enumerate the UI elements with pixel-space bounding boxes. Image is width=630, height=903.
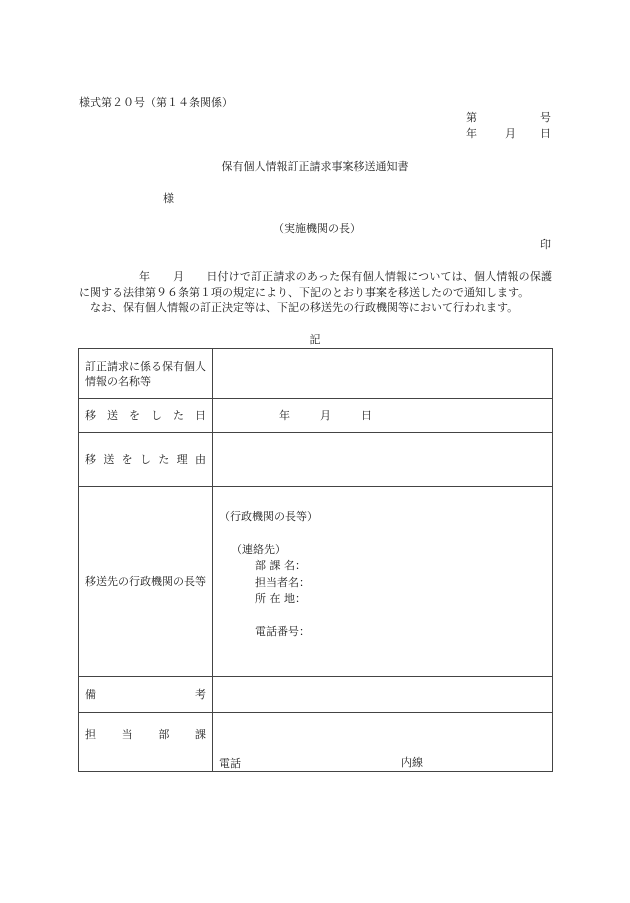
table-row: 訂正請求に係る保有個人情報の名称等: [79, 349, 553, 399]
label-char: 移: [85, 452, 96, 467]
label-char: 日: [195, 408, 206, 423]
seal-mark: 印: [540, 238, 551, 252]
doc-no-suffix: 号: [540, 111, 551, 125]
value-department-in-charge[interactable]: 電話 内線: [213, 713, 553, 772]
value-destination-agency[interactable]: （行政機関の長等） （連絡先） 部 課 名： 担当者名： 所 在 地： 電話番号…: [213, 487, 553, 677]
document-title: 保有個人情報訂正請求事案移送通知書: [0, 160, 630, 174]
value-info-name[interactable]: [213, 349, 553, 399]
table-row: 担 当 部 課 電話 内線: [79, 713, 553, 772]
label-char: 送: [103, 452, 114, 467]
body-paragraph-1: 年月日付けで訂正請求のあった保有個人情報については、個人情報の保護に関する法律第…: [79, 269, 552, 300]
contact-header: （連絡先）: [219, 542, 546, 559]
value-transfer-reason[interactable]: [213, 433, 553, 487]
contact-address: 所 在 地：: [219, 591, 546, 608]
body-date-month: 月: [150, 270, 184, 283]
body-text: 年月日付けで訂正請求のあった保有個人情報については、個人情報の保護に関する法律第…: [79, 269, 552, 316]
label-char: 部: [158, 727, 169, 742]
transfer-date-year: 年: [279, 409, 290, 422]
label-char: 由: [195, 452, 206, 467]
label-char: を: [122, 452, 133, 467]
label-remarks: 備 考: [79, 677, 213, 713]
body-date-year: 年: [79, 270, 150, 283]
label-char: し: [140, 452, 151, 467]
contact-department: 部 課 名：: [219, 558, 546, 575]
addressee: 様: [163, 192, 174, 206]
label-char: を: [129, 408, 140, 423]
value-remarks[interactable]: [213, 677, 553, 713]
issue-date-month: 月: [505, 127, 516, 141]
extension-label: 内線: [401, 755, 423, 770]
phone-label: 電話: [219, 757, 241, 770]
transfer-details-table: 訂正請求に係る保有個人情報の名称等 移 送 を し た 日 年月日 移 送 を …: [78, 348, 553, 772]
label-char: 当: [122, 727, 133, 742]
label-char: し: [151, 408, 162, 423]
label-transfer-date: 移 送 を し た 日: [79, 399, 213, 433]
label-department-in-charge: 担 当 部 課: [79, 713, 213, 772]
issue-date-year: 年: [466, 127, 477, 141]
label-char: た: [158, 452, 169, 467]
label-char: 担: [85, 727, 96, 742]
label-char: 理: [177, 452, 188, 467]
doc-no-prefix: 第: [466, 111, 477, 125]
label-transfer-reason: 移 送 を し た 理 由: [79, 433, 213, 487]
value-transfer-date[interactable]: 年月日: [213, 399, 553, 433]
transfer-date-month: 月: [320, 409, 331, 422]
sender: （実施機関の長）: [273, 222, 361, 236]
ki-heading: 記: [0, 333, 630, 347]
transfer-date-day: 日: [361, 409, 372, 422]
label-char: た: [173, 408, 184, 423]
table-row: 移送先の行政機関の長等 （行政機関の長等） （連絡先） 部 課 名： 担当者名：…: [79, 487, 553, 677]
table-row: 移 送 を し た 理 由: [79, 433, 553, 487]
table-row: 移 送 を し た 日 年月日: [79, 399, 553, 433]
table-row: 備 考: [79, 677, 553, 713]
agency-head: （行政機関の長等）: [219, 509, 546, 526]
label-char: 移: [85, 408, 96, 423]
form-number: 様式第２０号（第１４条関係）: [79, 96, 233, 110]
body-paragraph-2: なお、保有個人情報の訂正決定等は、下記の移送先の行政機関等において行われます。: [79, 300, 552, 316]
label-char: 考: [195, 687, 206, 702]
label-char: 備: [85, 687, 96, 702]
label-char: 送: [107, 408, 118, 423]
contact-person: 担当者名：: [219, 575, 546, 592]
contact-phone: 電話番号：: [219, 624, 546, 641]
issue-date-day: 日: [540, 127, 551, 141]
label-destination-agency: 移送先の行政機関の長等: [79, 487, 213, 677]
label-info-name: 訂正請求に係る保有個人情報の名称等: [79, 349, 213, 399]
label-char: 課: [195, 727, 206, 742]
